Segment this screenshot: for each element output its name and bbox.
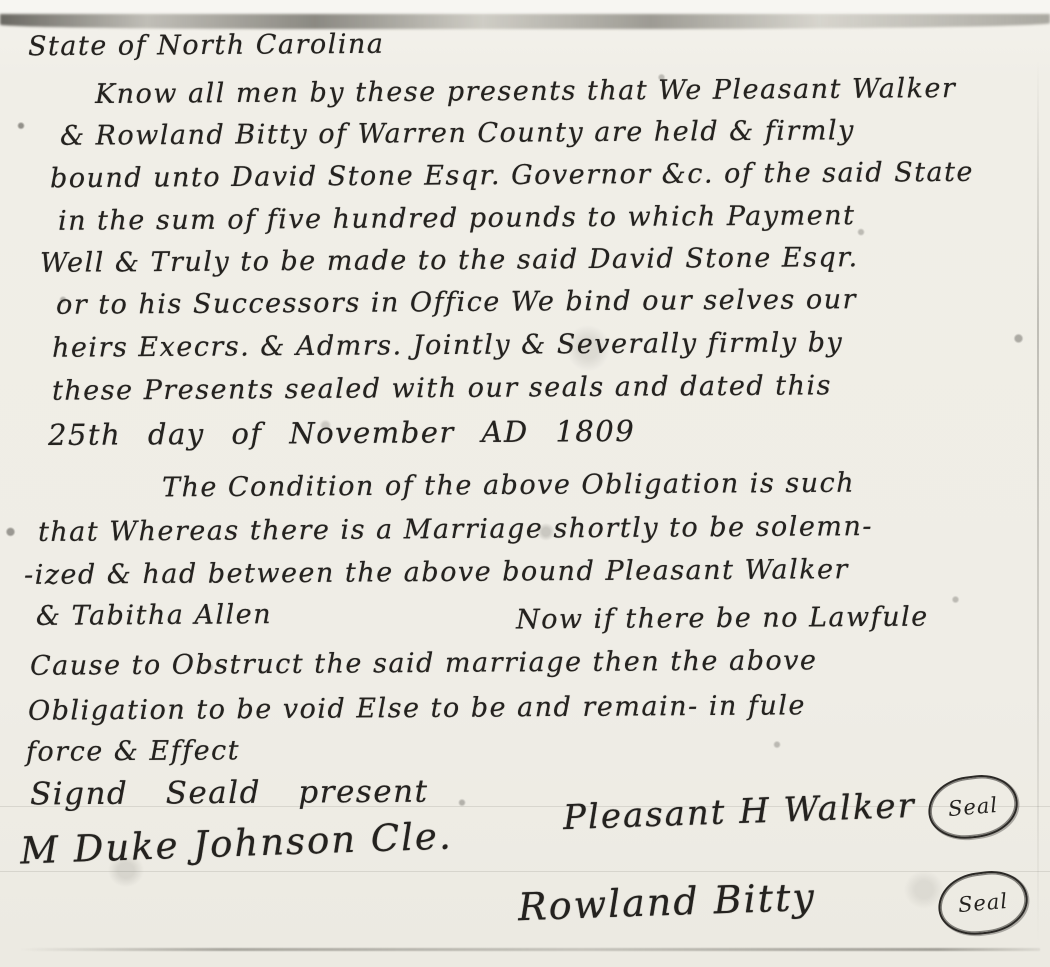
scan-artifact-line	[0, 871, 1050, 872]
doc-line: in the sum of five hundred pounds to whi…	[58, 200, 856, 237]
clerk-signature: M Duke Johnson Cle.	[19, 814, 453, 872]
doc-line: & Rowland Bitty of Warren County are hel…	[60, 115, 855, 152]
doc-bride-name: & Tabitha Allen	[36, 599, 272, 632]
doc-line: heirs Execrs. & Admrs. Jointly & Several…	[52, 327, 843, 364]
seal-flourish-icon: Seal	[925, 771, 1022, 844]
doc-line: force & Effect	[26, 735, 240, 767]
signature-pleasant-walker: Pleasant H Walker	[562, 786, 916, 838]
scanned-document-page: State of North Carolina Know all men by …	[0, 0, 1050, 967]
paper-right-edge	[1037, 60, 1039, 947]
seal-flourish-icon: Seal	[935, 867, 1032, 940]
doc-line: bound unto David Stone Esqr. Governor &c…	[50, 157, 974, 194]
doc-line: Obligation to be void Else to be and rem…	[28, 690, 806, 726]
paper-bottom-edge	[20, 948, 1040, 951]
seal-label: Seal	[957, 889, 1009, 917]
doc-line: these Presents sealed with our seals and…	[52, 370, 832, 406]
doc-line: Cause to Obstruct the said marriage then…	[30, 645, 818, 681]
doc-line: Well & Truly to be made to the said Davi…	[40, 242, 859, 279]
signature-rowland-bitty: Rowland Bitty	[517, 875, 816, 929]
doc-line: The Condition of the above Obligation is…	[162, 468, 855, 504]
doc-line: Know all men by these presents that We P…	[95, 73, 957, 110]
seal-label: Seal	[947, 793, 999, 821]
attestation-line: Signd Seald present	[30, 774, 429, 813]
doc-line: Now if there be no Lawfule	[516, 602, 929, 636]
scan-margin-top	[0, 0, 1050, 14]
doc-line: -ized & had between the above bound Plea…	[24, 554, 849, 591]
doc-date-line: 25th day of November AD 1809	[48, 414, 635, 452]
doc-heading: State of North Carolina	[28, 29, 385, 62]
doc-line: that Whereas there is a Marriage shortly…	[38, 511, 873, 548]
doc-line: or to his Successors in Office We bind o…	[56, 284, 857, 321]
torn-paper-edge	[0, 14, 1050, 29]
